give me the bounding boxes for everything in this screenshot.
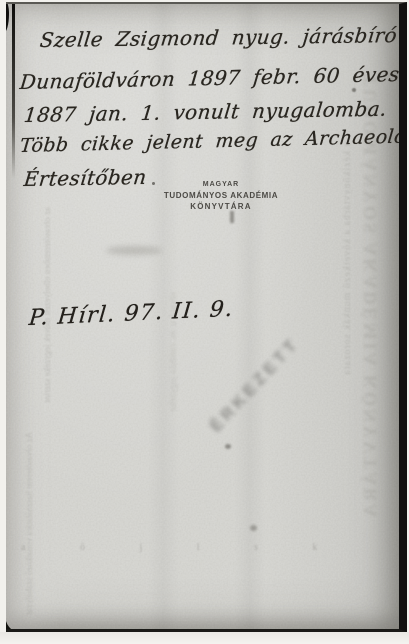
- bottom-left-edge-mark: [6, 602, 29, 632]
- library-stamp-line-2: TUDOMÁNYOS AKADÉMIA: [159, 190, 283, 201]
- handwritten-line-2: Dunaföldváron 1897 febr. 60 éves: [19, 62, 401, 94]
- bleedthrough-text-left-lower: Az olvasóterem használatára vonatkozó sz…: [24, 432, 34, 627]
- bleedthrough-specks-bottom: a ö j l s k: [21, 542, 366, 553]
- card-left-edge-shadow: [12, 4, 15, 179]
- bleedthrough-text-right-small: a kézikönyvtárba a következő munkák soro…: [342, 142, 353, 472]
- paper-smudge: [106, 246, 162, 255]
- handwritten-line-1: Szelle Zsigmond nyug. járásbíró , megh.: [39, 22, 407, 52]
- handwritten-line-4: Több cikke jelent meg az Archaeologiai: [19, 125, 407, 157]
- bleedthrough-text-left-upper: az olvasóteremben elhelyezett művek jegy…: [42, 207, 52, 559]
- paper-speck: [225, 444, 231, 449]
- handwritten-line-3: 1887 jan. 1. vonult nyugalomba. —: [23, 96, 407, 127]
- ink-dot: [152, 182, 155, 185]
- index-card: TUDOMÁNYOS AKADÉMIA KÖNYVTÁRA a kéziköny…: [6, 2, 407, 632]
- paper-speck: [352, 88, 356, 92]
- scan-bed-strip: [0, 632, 409, 644]
- library-stamp-line-3: KÖNYVTÁRA: [159, 201, 283, 212]
- library-stamp: MAGYAR TUDOMÁNYOS AKADÉMIA KÖNYVTÁRA: [159, 180, 283, 212]
- ink-mark: [230, 211, 234, 223]
- scanned-card-photo: TUDOMÁNYOS AKADÉMIA KÖNYVTÁRA a kéziköny…: [0, 0, 409, 644]
- paper-speck: [250, 525, 257, 531]
- reference-note: P. Hírl. 97. II. 9.: [28, 297, 235, 331]
- handwritten-line-5: Értesítőben: [23, 165, 148, 191]
- bleedthrough-text-middle: olvasó u. m. czédula jegyzéke: [168, 292, 179, 562]
- library-stamp-line-1: MAGYAR: [159, 180, 283, 190]
- top-left-edge-mark: [6, 2, 9, 33]
